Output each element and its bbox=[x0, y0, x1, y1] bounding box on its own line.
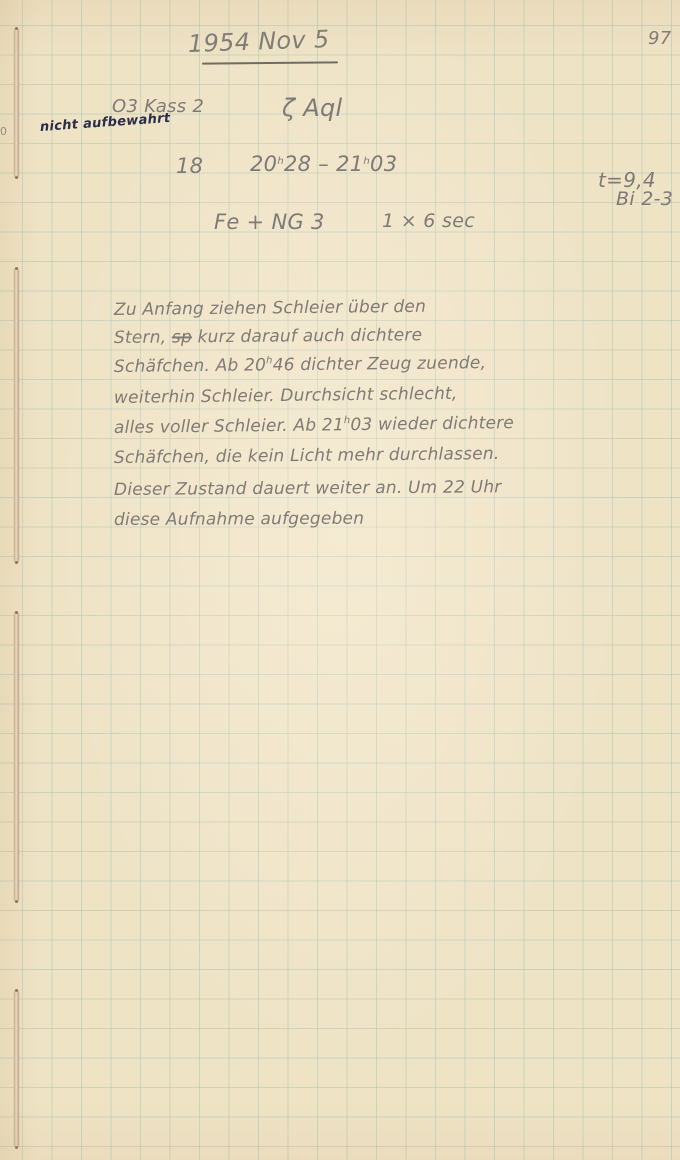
note-line-3: Schäfchen. Ab 20h46 dichter Zeug zuende, bbox=[114, 353, 486, 377]
binding-stitch-2 bbox=[14, 268, 19, 563]
note-line-8: diese Aufnahme aufgegeben bbox=[114, 509, 364, 530]
margin-note: nicht aufbewahrt bbox=[39, 111, 170, 135]
note-line-7: Dieser Zustand dauert weiter an. Um 22 U… bbox=[114, 477, 502, 500]
exposure-duration: 1 × 6 sec bbox=[382, 210, 475, 232]
binding-stitch-3 bbox=[14, 612, 19, 902]
date-underline bbox=[202, 61, 338, 64]
star-name: ζ Aql bbox=[282, 94, 343, 122]
page-date: 1954 Nov 5 bbox=[188, 25, 330, 58]
time-start: 20h28 bbox=[250, 152, 311, 176]
note-line-6: Schäfchen, die kein Licht mehr durchlass… bbox=[114, 444, 500, 468]
exposure-number: 18 bbox=[176, 154, 203, 178]
binding-stitch-1 bbox=[14, 28, 19, 178]
page-number: 97 bbox=[648, 28, 672, 49]
binding-stitch-4 bbox=[14, 990, 19, 1148]
note-line-1: Zu Anfang ziehen Schleier über den bbox=[114, 297, 426, 320]
time-end: 21h03 bbox=[336, 152, 397, 176]
time-separator: – bbox=[318, 152, 336, 176]
filter-plate: Fe + NG 3 bbox=[214, 210, 325, 234]
struck-text: sp bbox=[172, 327, 192, 347]
note-line-5: alles voller Schleier. Ab 21h03 wieder d… bbox=[114, 413, 514, 438]
note-line-2: Stern, sp kurz darauf auch dichtere bbox=[114, 325, 422, 348]
notebook-page: 0 1954 Nov 5 97 O3 Kass 2 ζ Aql nicht au… bbox=[0, 0, 680, 1160]
time-range: 20h28 – 21h03 bbox=[250, 152, 397, 176]
seeing-value: Bi 2-3 bbox=[616, 188, 673, 210]
margin-mark: 0 bbox=[0, 125, 7, 138]
note-line-4: weiterhin Schleier. Durchsicht schlecht, bbox=[114, 384, 458, 408]
